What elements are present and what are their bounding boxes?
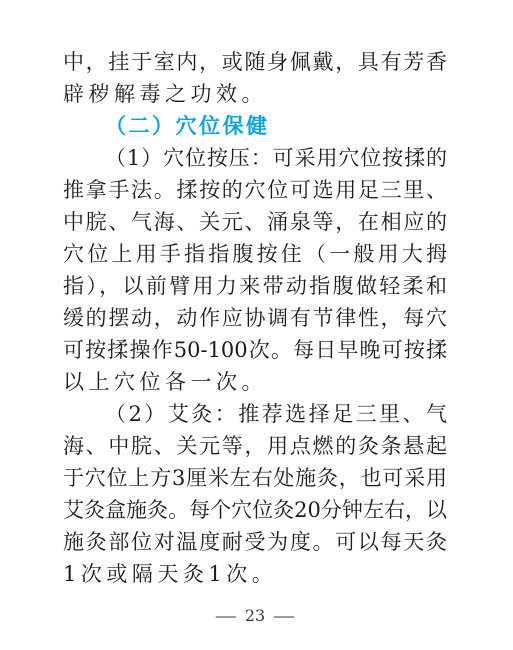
text-line: （1）穴位按压：可采用穴位按揉的 bbox=[63, 142, 447, 174]
page-number: 23 bbox=[245, 606, 265, 625]
text-line: 中脘、气海、关元、涌泉等，在相应的 bbox=[63, 206, 447, 238]
text-line: 可按揉操作50-100次。每日早晚可按揉 bbox=[63, 334, 447, 366]
section-heading: （二）穴位保健 bbox=[63, 110, 447, 142]
text-line: 指），以前臂用力来带动指腹做轻柔和 bbox=[63, 270, 447, 302]
text-line: 缓的摆动，动作应协调有节律性，每穴 bbox=[63, 302, 447, 334]
text-line: 海、中脘、关元等，用点燃的灸条悬起 bbox=[63, 430, 447, 462]
footer-dash-left: — bbox=[215, 606, 237, 625]
text-line: 穴位上用手指指腹按住（一般用大拇 bbox=[63, 238, 447, 270]
text-line: 中，挂于室内，或随身佩戴，具有芳香 bbox=[63, 46, 447, 78]
text-line: 1次或隔天灸1次。 bbox=[63, 558, 447, 590]
text-line: 推拿手法。揉按的穴位可选用足三里、 bbox=[63, 174, 447, 206]
page-footer: — 23 — bbox=[63, 606, 447, 625]
text-line: 辟秽解毒之功效。 bbox=[63, 78, 447, 110]
text-line: （2）艾灸：推荐选择足三里、气 bbox=[63, 398, 447, 430]
document-page: 中，挂于室内，或随身佩戴，具有芳香辟秽解毒之功效。（二）穴位保健（1）穴位按压：… bbox=[0, 0, 513, 650]
page-body: 中，挂于室内，或随身佩戴，具有芳香辟秽解毒之功效。（二）穴位保健（1）穴位按压：… bbox=[63, 46, 447, 590]
text-line: 于穴位上方3厘米左右处施灸，也可采用 bbox=[63, 462, 447, 494]
footer-dash-right: — bbox=[273, 606, 295, 625]
text-line: 以上穴位各一次。 bbox=[63, 366, 447, 398]
text-line: 施灸部位对温度耐受为度。可以每天灸 bbox=[63, 526, 447, 558]
text-line: 艾灸盒施灸。每个穴位灸20分钟左右，以 bbox=[63, 494, 447, 526]
